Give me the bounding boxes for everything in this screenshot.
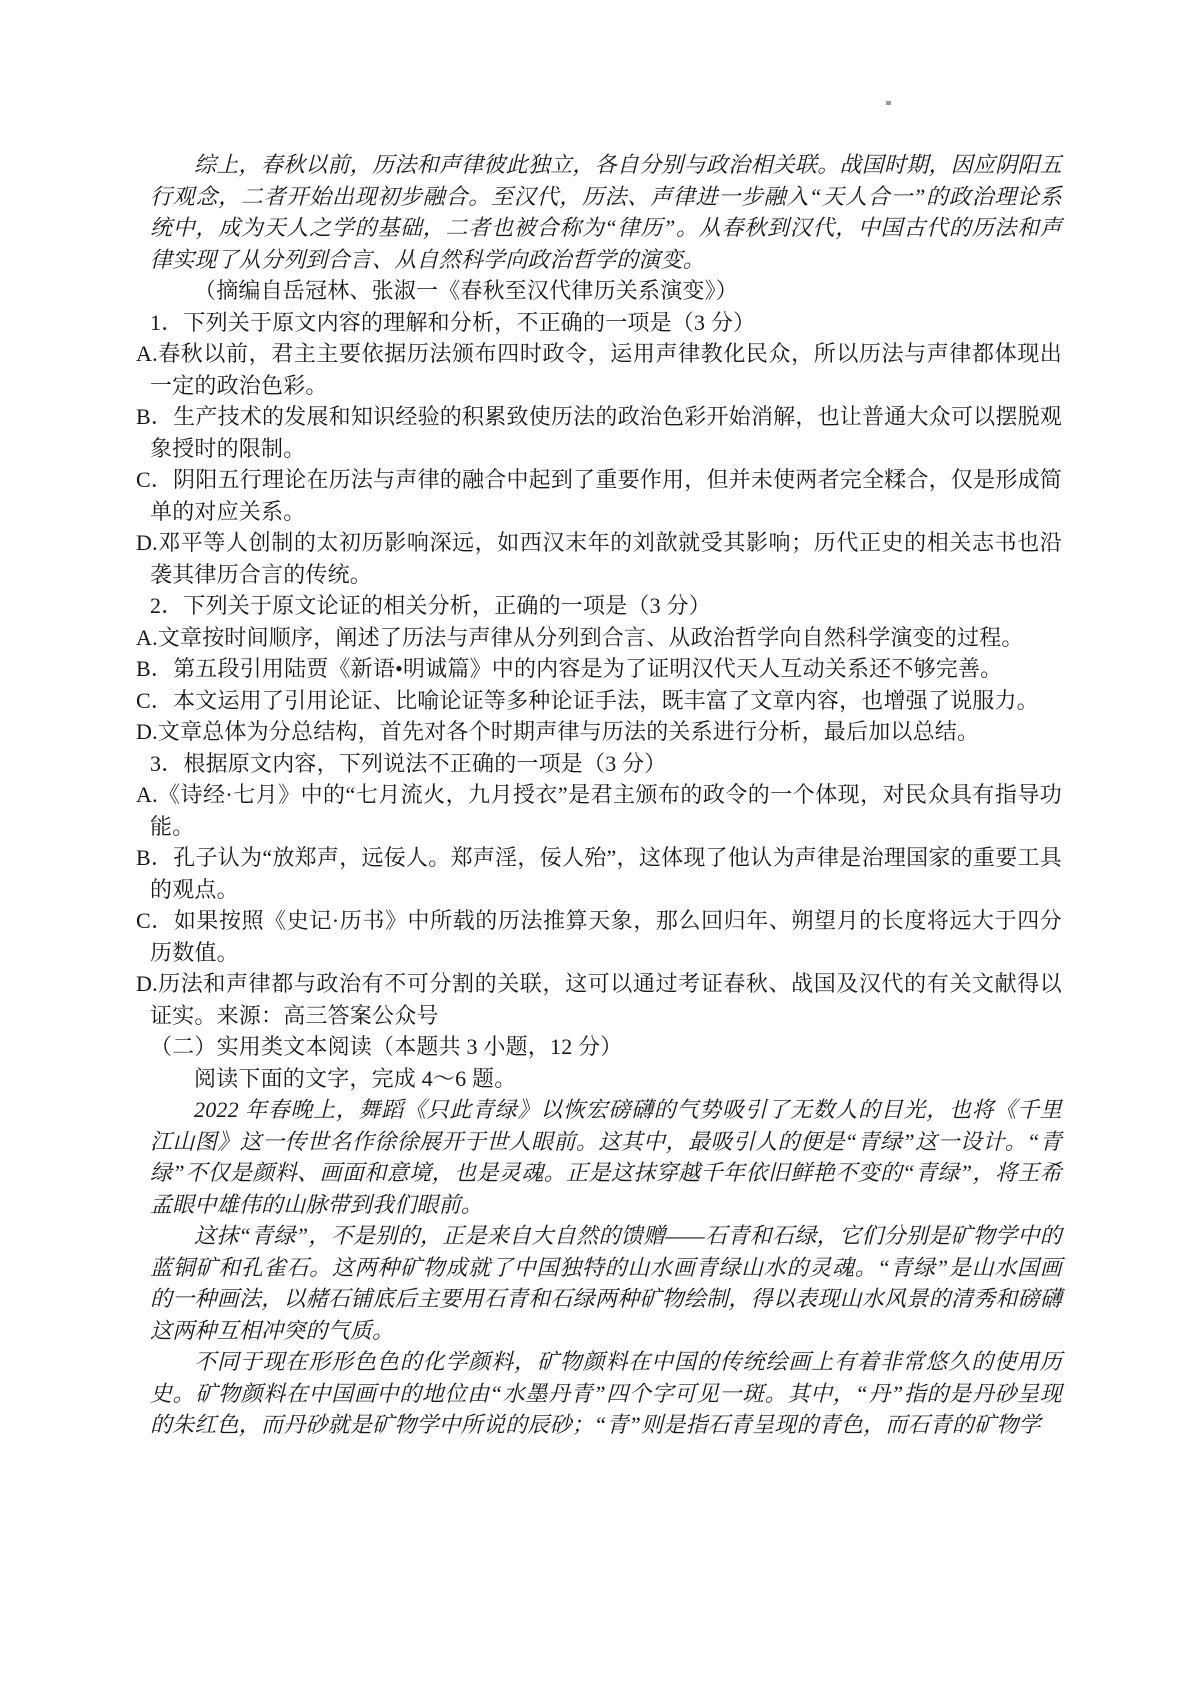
question-3-option-b: B．孔子认为“放郑声，远佞人。郑声淫，佞人殆”，这体现了他认为声律是治理国家的重… (150, 842, 1062, 905)
passage-paragraph-1: 2022 年春晚上，舞蹈《只此青绿》以恢宏磅礴的气势吸引了无数人的目光，也将《千… (150, 1094, 1062, 1220)
question-2-option-b: B．第五段引用陆贾《新语•明诚篇》中的内容是为了证明汉代天人互动关系还不够完善。 (150, 653, 1062, 685)
question-1-number: 1． (150, 310, 183, 335)
question-3-option-c: C．如果按照《史记·历书》中所载的历法推算天象，那么回归年、朔望月的长度将远大于… (150, 905, 1062, 968)
reading-instruction: 阅读下面的文字，完成 4～6 题。 (150, 1063, 1062, 1095)
question-3-number: 3． (150, 751, 183, 776)
question-3-stem-line: 3．根据原文内容，下列说法不正确的一项是（3 分） (150, 748, 1062, 780)
passage-paragraph-3: 不同于现在形形色色的化学颜料，矿物颜料在中国的传统绘画上有着非常悠久的使用历史。… (150, 1346, 1062, 1441)
question-1-option-d: D.邓平等人创制的太初历影响深远，如西汉末年的刘歆就受其影响；历代正史的相关志书… (150, 527, 1062, 590)
scan-artifact-speck (886, 101, 891, 105)
question-3-stem: 根据原文内容，下列说法不正确的一项是（3 分） (183, 751, 666, 776)
question-2-number: 2． (150, 593, 183, 618)
exam-scan-page: 综上，春秋以前，历法和声律彼此独立，各自分别与政治相关联。战国时期，因应阴阳五行… (0, 0, 1200, 1698)
section-heading: （二）实用类文本阅读（本题共 3 小题，12 分） (150, 1031, 1062, 1063)
citation-line: （摘编自岳冠林、张淑一《春秋至汉代律历关系演变》） (150, 275, 1062, 307)
question-1-option-a: A.春秋以前，君主主要依据历法颁布四时政令，运用声律教化民众，所以历法与声律都体… (150, 338, 1062, 401)
passage-paragraph-2: 这抹“青绿”，不是别的，正是来自大自然的馈赠——石青和石绿，它们分别是矿物学中的… (150, 1220, 1062, 1346)
question-2-stem: 下列关于原文论证的相关分析，正确的一项是（3 分） (183, 593, 711, 618)
question-2-option-a: A.文章按时间顺序，阐述了历法与声律从分列到合言、从政治哲学向自然科学演变的过程… (150, 622, 1062, 654)
document-body: 综上，春秋以前，历法和声律彼此独立，各自分别与政治相关联。战国时期，因应阴阳五行… (150, 149, 1062, 1441)
question-3: 3．根据原文内容，下列说法不正确的一项是（3 分） A.《诗经·七月》中的“七月… (150, 748, 1062, 1032)
intro-paragraph: 综上，春秋以前，历法和声律彼此独立，各自分别与政治相关联。战国时期，因应阴阳五行… (150, 149, 1062, 275)
question-3-option-d: D.历法和声律都与政治有不可分割的关联，这可以通过考证春秋、战国及汉代的有关文献… (150, 968, 1062, 1031)
question-2-stem-line: 2．下列关于原文论证的相关分析，正确的一项是（3 分） (150, 590, 1062, 622)
question-1-option-b: B．生产技术的发展和知识经验的积累致使历法的政治色彩开始消解，也让普通大众可以摆… (150, 401, 1062, 464)
question-2-option-d: D.文章总体为分总结构，首先对各个时期声律与历法的关系进行分析，最后加以总结。 (150, 716, 1062, 748)
question-1-option-c: C．阴阳五行理论在历法与声律的融合中起到了重要作用，但并未使两者完全糅合，仅是形… (150, 464, 1062, 527)
question-1-stem: 下列关于原文内容的理解和分析，不正确的一项是（3 分） (183, 310, 755, 335)
question-2-option-c: C．本文运用了引用论证、比喻论证等多种论证手法，既丰富了文章内容，也增强了说服力… (150, 685, 1062, 717)
question-1: 1．下列关于原文内容的理解和分析，不正确的一项是（3 分） A.春秋以前，君主主… (150, 307, 1062, 591)
question-2: 2．下列关于原文论证的相关分析，正确的一项是（3 分） A.文章按时间顺序，阐述… (150, 590, 1062, 748)
question-1-stem-line: 1．下列关于原文内容的理解和分析，不正确的一项是（3 分） (150, 307, 1062, 339)
question-3-option-a: A.《诗经·七月》中的“七月流火，九月授衣”是君主颁布的政令的一个体现，对民众具… (150, 779, 1062, 842)
